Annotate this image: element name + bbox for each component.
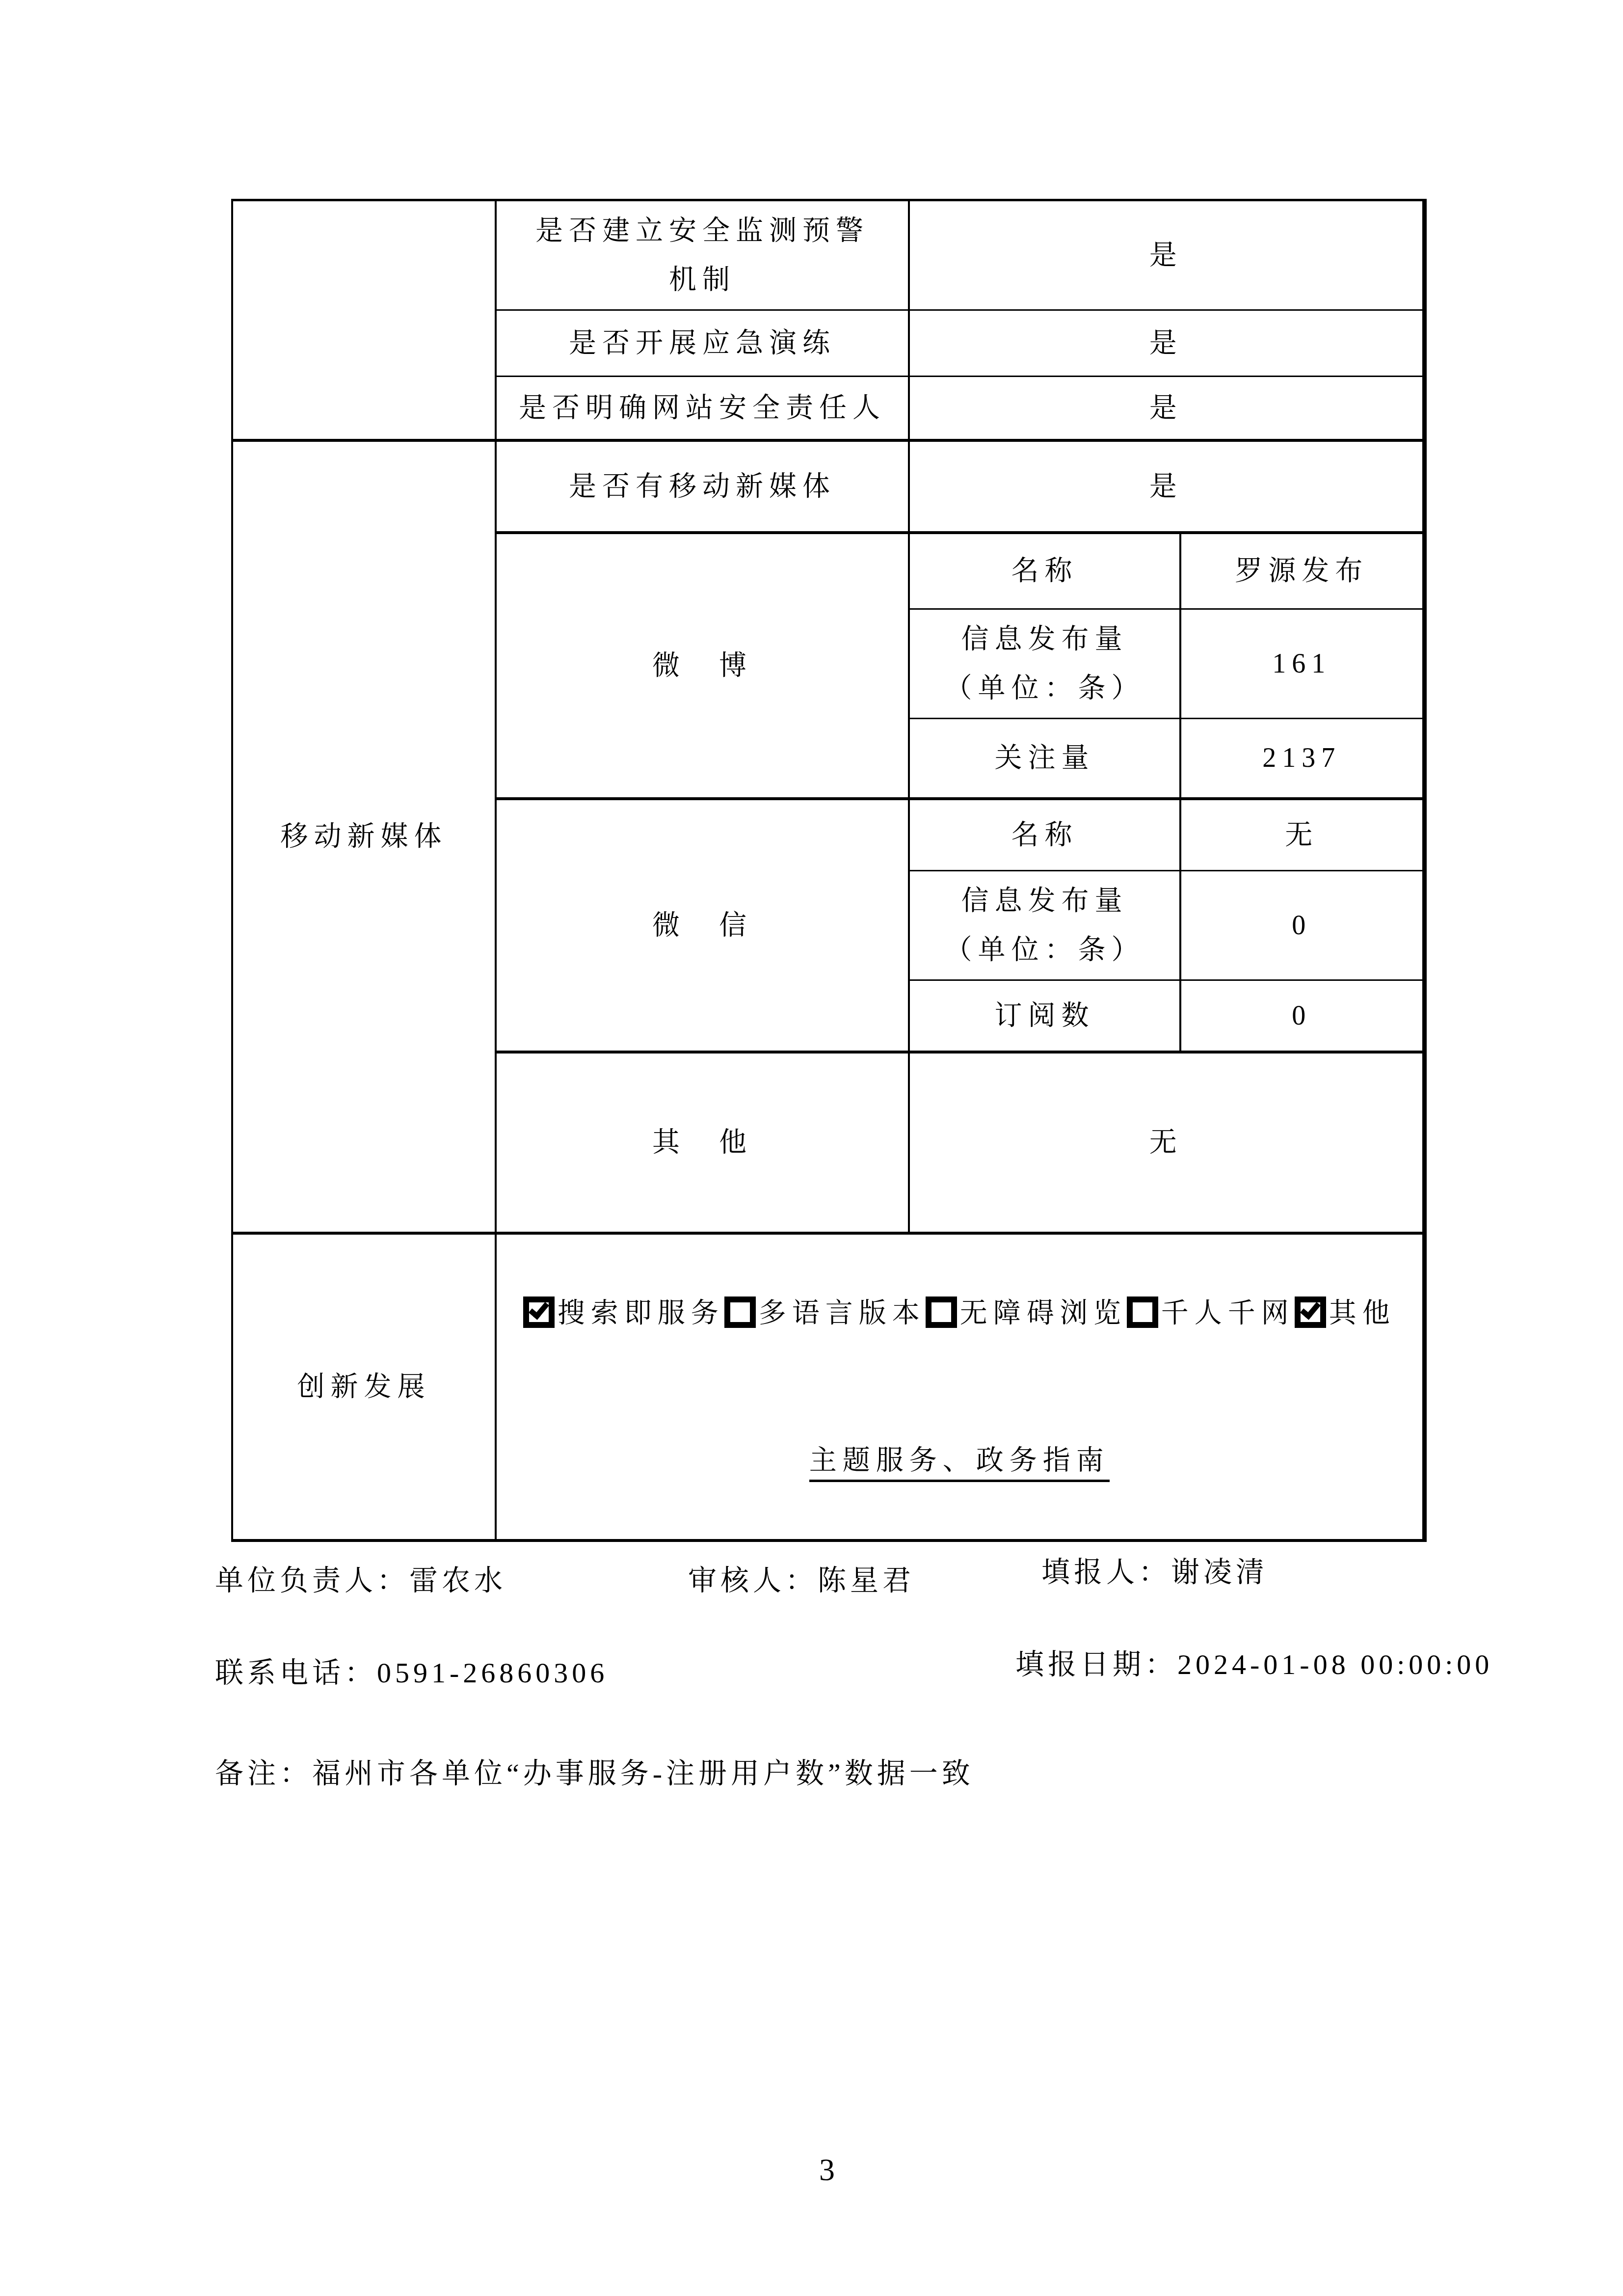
page-number: 3 [758, 2152, 896, 2188]
innovation-options-line: 搜索即服务多语言版本无障碍浏览千人千网其他 [506, 1289, 1412, 1338]
option-label: 搜索即服务 [558, 1298, 724, 1328]
field-value-cell: 0 [1180, 980, 1424, 1052]
answer-cell: 是 [909, 377, 1424, 440]
option-label: 无障碍浏览 [960, 1298, 1127, 1328]
field-value-cell: 161 [1180, 609, 1424, 719]
wechat-label-cell: 微 信 [496, 799, 909, 1052]
annual-report-table: 是否建立安全监测预警 机制 是 是否开展应急演练 是 是否明确网站安全责任人 是… [231, 199, 1427, 1542]
field-value-cell: 无 [1180, 799, 1424, 871]
question-cell: 是否有移动新媒体 [496, 440, 909, 533]
option-label: 多语言版本 [759, 1298, 926, 1328]
checkbox-accessibility-icon[interactable] [926, 1297, 957, 1328]
field-label-cell: 名称 [909, 533, 1180, 609]
table-row: 是否建立安全监测预警 机制 是 [232, 200, 1424, 310]
table-row: 移动新媒体 是否有移动新媒体 是 [232, 440, 1424, 533]
checkbox-other-icon[interactable] [1295, 1297, 1326, 1328]
innovation-content-cell: 搜索即服务多语言版本无障碍浏览千人千网其他 主题服务、政务指南 [496, 1233, 1424, 1540]
field-label-cell: 信息发布量 （单位：条） [909, 609, 1180, 719]
answer-cell: 是 [909, 440, 1424, 533]
checkbox-multilingual-icon[interactable] [724, 1297, 756, 1328]
field-label-cell: 关注量 [909, 719, 1180, 799]
answer-cell: 是 [909, 310, 1424, 377]
answer-cell: 是 [909, 200, 1424, 310]
field-value-cell: 0 [1180, 871, 1424, 980]
remark-text: 备注：福州市各单位“办事服务-注册用户数”数据一致 [215, 1757, 974, 1790]
checkbox-search-service-icon[interactable] [523, 1297, 555, 1328]
field-value-cell: 2137 [1180, 719, 1424, 799]
question-cell: 是否建立安全监测预警 机制 [496, 200, 909, 310]
report-date-text: 填报日期：2024-01-08 00:00:00 [1015, 1648, 1493, 1681]
other-detail-text: 主题服务、政务指南 [809, 1445, 1110, 1482]
filler-text: 填报人：谢凌清 [1041, 1556, 1268, 1589]
table-row: 创新发展 搜索即服务多语言版本无障碍浏览千人千网其他 主题服务、政务指南 [232, 1233, 1424, 1540]
other-media-label-cell: 其 他 [496, 1052, 909, 1233]
document-page: 是否建立安全监测预警 机制 是 是否开展应急演练 是 是否明确网站安全责任人 是… [0, 0, 1623, 2296]
field-label-cell: 信息发布量 （单位：条） [909, 871, 1180, 980]
weibo-label-cell: 微 博 [496, 533, 909, 799]
section-label-empty-cell [232, 200, 496, 440]
section-label-mobile-media: 移动新媒体 [232, 440, 496, 1233]
section-label-innovation: 创新发展 [232, 1233, 496, 1540]
innovation-other-detail-line: 主题服务、政务指南 [506, 1387, 1412, 1485]
option-label: 千人千网 [1161, 1298, 1295, 1328]
phone-text: 联系电话：0591-26860306 [215, 1657, 608, 1689]
other-media-value-cell: 无 [909, 1052, 1424, 1233]
reviewer-text: 审核人：陈星君 [688, 1565, 915, 1597]
field-label-cell: 订阅数 [909, 980, 1180, 1052]
question-cell: 是否开展应急演练 [496, 310, 909, 377]
option-label: 其他 [1329, 1298, 1396, 1328]
field-label-cell: 名称 [909, 799, 1180, 871]
unit-head-text: 单位负责人：雷农水 [215, 1565, 506, 1597]
checkbox-personalized-icon[interactable] [1127, 1297, 1158, 1328]
question-cell: 是否明确网站安全责任人 [496, 377, 909, 440]
field-value-cell: 罗源发布 [1180, 533, 1424, 609]
